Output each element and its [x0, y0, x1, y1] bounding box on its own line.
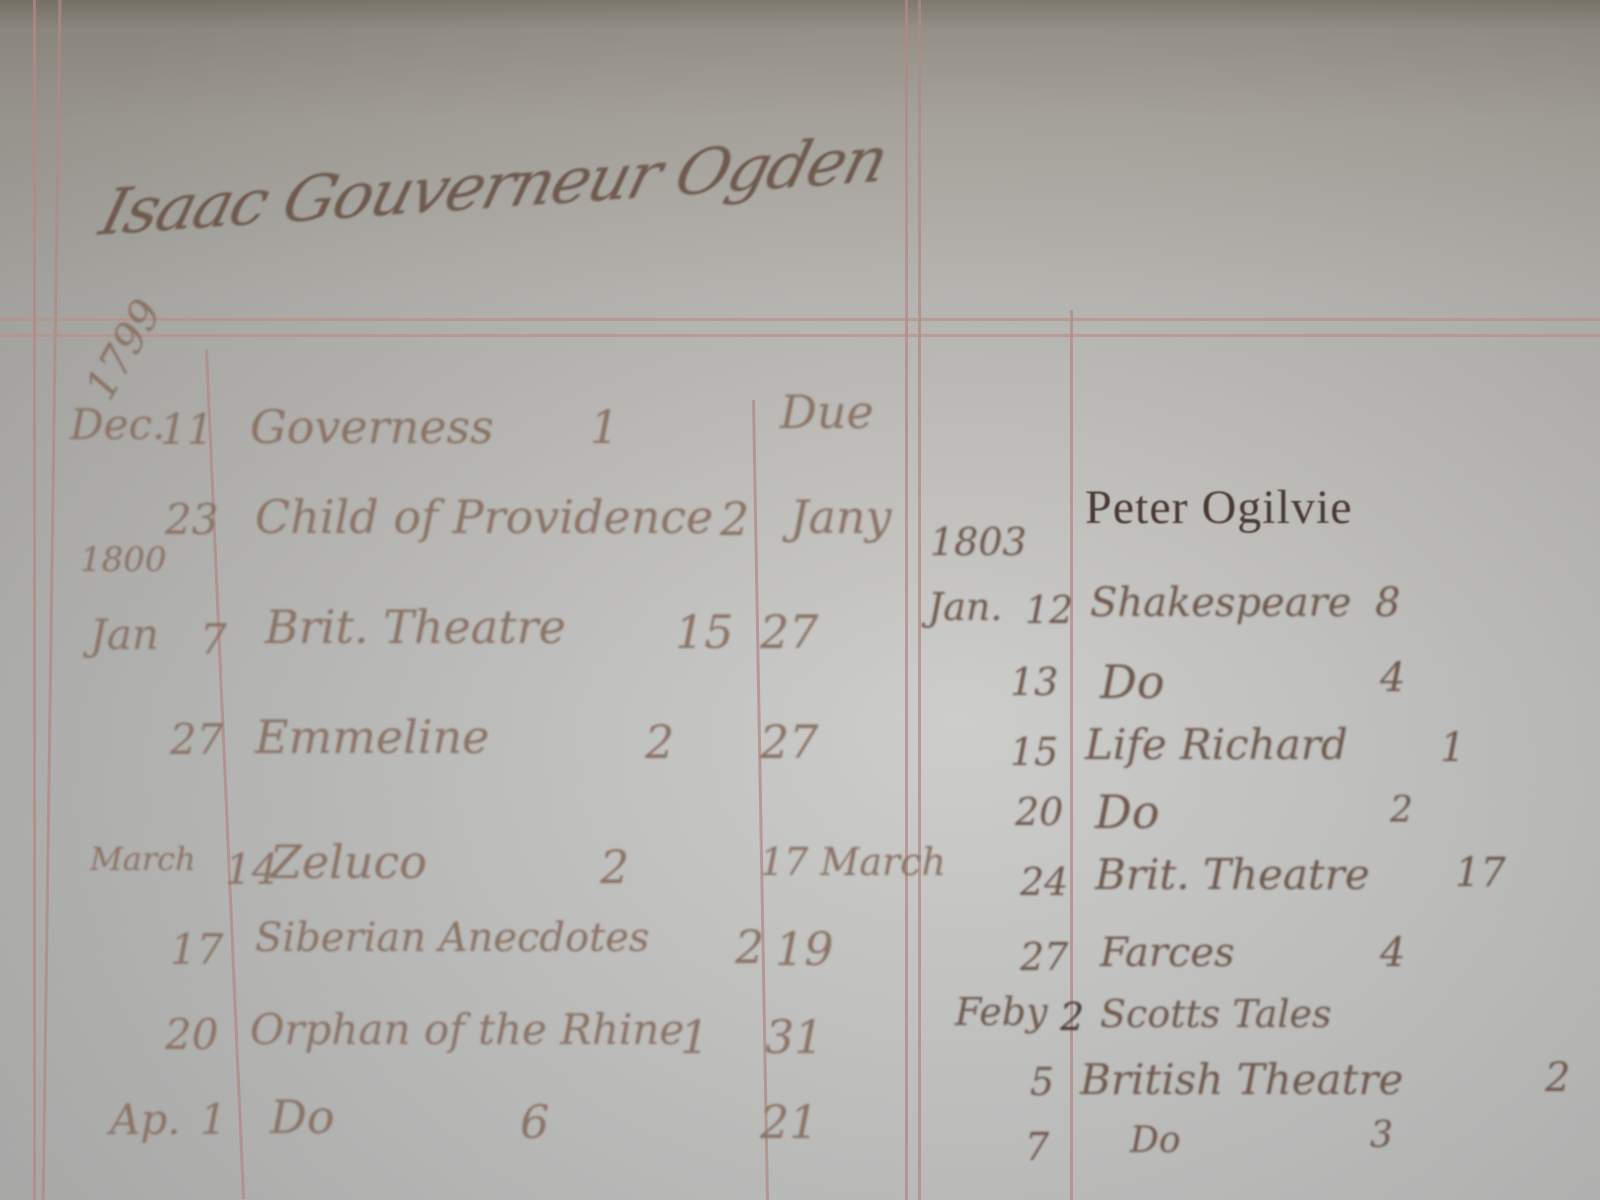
entry-item: Governess: [250, 400, 494, 454]
ruling-line: [42, 0, 62, 1200]
entry-item: Orphan of the Rhine: [250, 1005, 684, 1054]
entry-day: 20: [1015, 790, 1063, 834]
ruling-line: [0, 334, 1600, 337]
entry-item: Child of Providence: [255, 490, 713, 544]
entry-item: Do: [1095, 785, 1160, 839]
entry-item: Zeluco: [270, 835, 427, 889]
entry-qty: 1: [1440, 725, 1465, 771]
entry-item: Do: [270, 1090, 335, 1144]
entry-day: 13: [1010, 660, 1058, 704]
ruling-line: [205, 350, 245, 1199]
entry-item: Do: [1130, 1120, 1181, 1161]
year-mark: 1799: [76, 291, 172, 408]
entry-day: 2: [1060, 995, 1084, 1039]
entry-item: Farces: [1100, 930, 1235, 976]
entry-month: Ap.: [110, 1095, 181, 1144]
entry-note: 21: [760, 1095, 819, 1149]
ruling-line: [1070, 310, 1073, 1200]
entry-day: 7: [1025, 1125, 1049, 1169]
entry-qty: 17: [1455, 850, 1506, 896]
entry-month: Feby: [955, 990, 1048, 1034]
entry-day: 24: [1020, 860, 1068, 904]
ruling-line: [905, 0, 908, 1200]
entry-note: Jany: [790, 490, 891, 544]
entry-month: Jan: [90, 610, 159, 659]
entry-note: Due: [780, 385, 874, 439]
entry-note: 31: [765, 1010, 824, 1064]
entry-qty: 1: [680, 1010, 709, 1064]
entry-note: 17 March: [760, 840, 946, 884]
entry-item: Brit. Theatre: [265, 600, 566, 654]
entry-item: Scotts Tales: [1100, 992, 1332, 1036]
year-mark: 1800: [80, 540, 167, 580]
entry-item: Brit. Theatre: [1095, 850, 1370, 899]
entry-qty: 3: [1370, 1115, 1393, 1156]
entry-note: 19: [775, 922, 834, 976]
entry-qty: 8: [1375, 580, 1400, 626]
account-name-left: Isaac Gouverneur Ogden: [93, 123, 894, 250]
account-name-right: Peter Ogilvie: [1085, 480, 1353, 535]
entry-qty: 1: [590, 400, 619, 454]
entry-item: Emmeline: [255, 710, 489, 764]
entry-item: Do: [1100, 655, 1165, 709]
entry-day: 23: [165, 495, 218, 544]
entry-note: 27: [760, 715, 819, 769]
entry-qty: 2: [645, 715, 674, 769]
entry-month: March: [90, 840, 196, 878]
entry-qty: 4: [1380, 930, 1405, 976]
entry-day: 7: [200, 615, 227, 664]
entry-qty: 2: [1390, 790, 1413, 831]
entry-day: 20: [165, 1010, 218, 1059]
entry-qty: 2: [735, 920, 764, 974]
entry-qty: 4: [1380, 655, 1405, 701]
entry-day: 5: [1030, 1060, 1054, 1104]
ruling-line: [33, 0, 36, 1200]
entry-item: Siberian Anecdotes: [255, 915, 649, 961]
entry-month: Dec.: [70, 400, 165, 449]
entry-day: 11: [160, 405, 213, 454]
entry-day: 15: [1010, 730, 1058, 774]
entry-note: 27: [760, 605, 819, 659]
ruling-line: [752, 400, 769, 1200]
entry-qty: 6: [520, 1095, 549, 1149]
ruling-line: [0, 318, 1600, 321]
entry-qty: 2: [600, 840, 629, 894]
entry-month: Jan.: [928, 585, 1002, 629]
ruling-line: [918, 0, 921, 1200]
entry-qty: 15: [675, 605, 734, 659]
entry-qty: 2: [1545, 1055, 1570, 1101]
entry-day: 12: [1025, 588, 1073, 632]
entry-qty: 2: [720, 492, 749, 546]
entry-day: 17: [170, 925, 223, 974]
entry-day: 27: [1020, 935, 1068, 979]
entry-item: Shakespeare: [1090, 580, 1351, 626]
entry-item: British Theatre: [1080, 1055, 1403, 1104]
entry-day: 1: [200, 1095, 227, 1144]
year-label: 1803: [930, 520, 1027, 564]
entry-item: Life Richard: [1085, 720, 1348, 769]
entry-day: 27: [170, 715, 223, 764]
